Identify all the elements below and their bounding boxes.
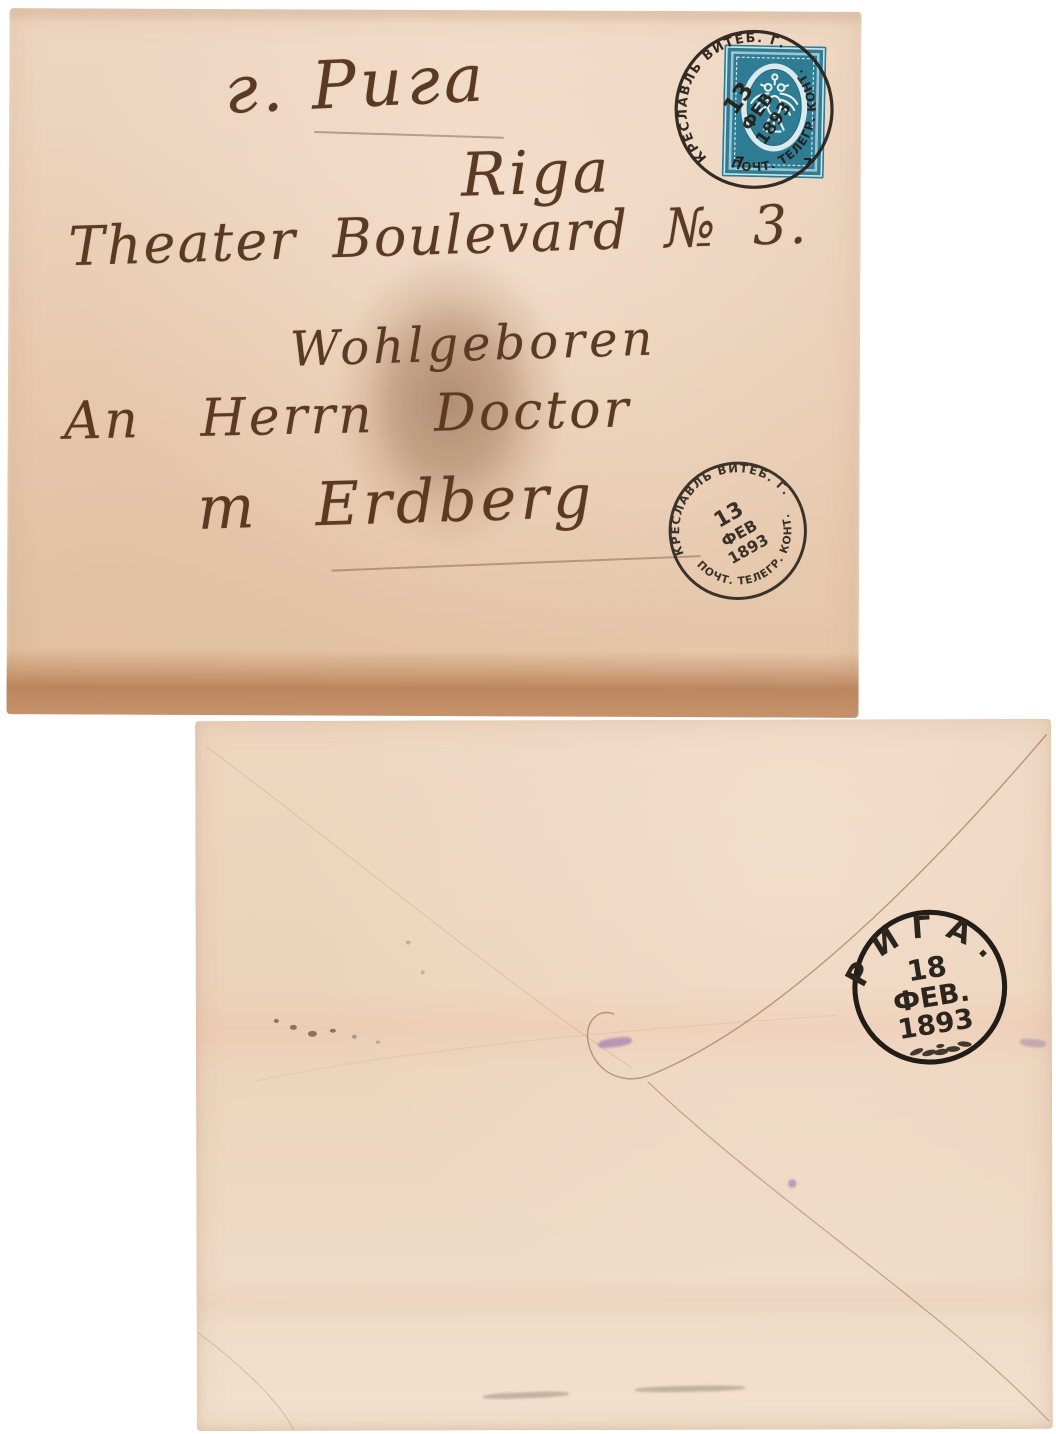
ink-speck [406,941,411,945]
ink-speck [274,1019,279,1023]
handwriting-city-ru: г. Рига [223,39,489,129]
scanned-photo-page: { "colors": { "front_paper": "#ebd0b9", … [0,0,1056,1434]
corner-crease [199,1333,293,1429]
envelope-front: г. Рига Riga Theater Boulevard № 3. Wohl… [6,8,861,718]
arrival-postmark: РИГА. 18 ФЕВ. 1893 [831,889,1028,1086]
ink-speck [376,1041,380,1044]
ghost-postmark-traces [256,1000,456,1091]
paper-toning-bottom-band [6,648,858,718]
ink-speck [308,1031,317,1037]
handwriting-honorific: Wohlgeboren [289,311,657,378]
postmark-arc-top: КРЕСЛАВЛЬ ВИТЕБ. Г. [643,436,795,560]
handwriting-recipient: An Herrn Doctor [63,379,632,451]
ink-speck [330,1029,336,1033]
ink-speck [290,1025,297,1030]
transit-postmark: КРЕСЛАВЛЬ ВИТЕБ. Г. ПОЧТ. ТЕЛЕГР. КОНТ. … [625,418,850,643]
ink-speck [352,1035,357,1039]
underline-flourish [314,131,504,139]
handwriting-name: m Erdberg [196,462,596,544]
handwriting-street: Theater Boulevard № 3. [68,193,809,279]
envelope-back: РИГА. 18 ФЕВ. 1893 [195,719,1053,1431]
ink-speck [421,971,425,975]
underline-flourish [331,555,701,572]
purple-smudge [788,1180,796,1188]
flap-crease-right [648,1081,1049,1422]
